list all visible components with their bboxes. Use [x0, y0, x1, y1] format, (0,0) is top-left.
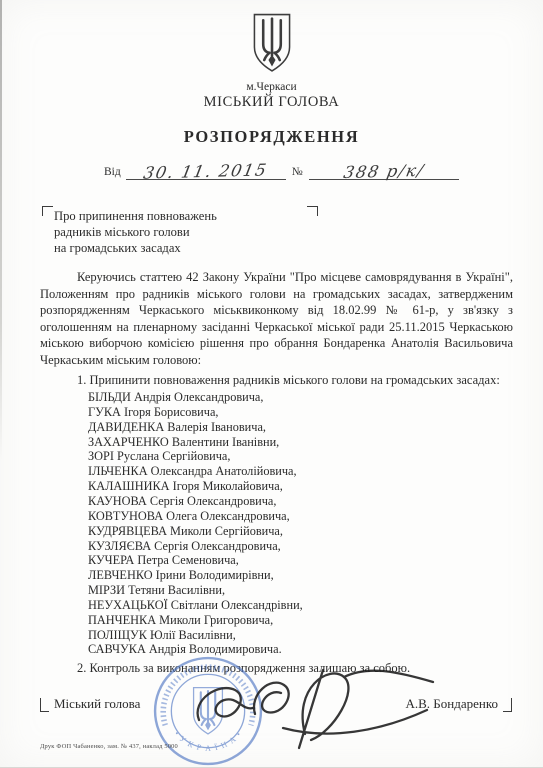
- subject-line: на громадських засадах: [54, 240, 318, 256]
- corner-mark-bottom-left: [40, 698, 49, 712]
- handwritten-number: 388 р/к/: [342, 161, 426, 182]
- list-item: ГУКА Ігоря Борисовича,: [88, 405, 513, 420]
- list-item: КАУНОВА Сергія Олександровича,: [88, 494, 513, 509]
- number-underline: 388 р/к/: [309, 160, 459, 180]
- list-item: ІЛЬЧЕНКА Олександра Анатолійовича,: [88, 464, 513, 479]
- authority-title: МІСЬКИЙ ГОЛОВА: [0, 94, 543, 111]
- date-underline: 30. 11. 2015: [126, 160, 286, 180]
- corner-mark-bottom-right: [503, 698, 512, 712]
- list-item: ЗОРІ Руслана Сергійовича,: [88, 449, 513, 464]
- handwritten-date: 30. 11. 2015: [142, 160, 269, 182]
- list-item: ДАВИДЕНКА Валерія Івановича,: [88, 420, 513, 435]
- subject-block: Про припинення повноважень радників місь…: [42, 208, 318, 257]
- subject-line: радників міського голови: [54, 224, 318, 240]
- list-item: БІЛЬДИ Андрія Олександровича,: [88, 390, 513, 405]
- signature-row: Міський голова А.В. Бондаренко: [40, 696, 512, 712]
- city-line: м.Черкаси: [0, 81, 543, 93]
- subject-line: Про припинення повноважень: [54, 208, 318, 224]
- corner-mark-top-right: [307, 206, 318, 216]
- list-item: КУЗЛЯЄВА Сергія Олександровича,: [88, 539, 513, 554]
- signer-position: Міський голова: [54, 696, 140, 712]
- list-item: КОВТУНОВА Олега Олександровича,: [88, 509, 513, 524]
- list-item: ПАНЧЕНКА Миколи Григоровича,: [88, 613, 513, 628]
- advisors-name-list: БІЛЬДИ Андрія Олександровича, ГУКА Ігоря…: [40, 390, 513, 657]
- decree-item-1: 1. Припинити повноваження радників міськ…: [40, 372, 513, 389]
- list-item: КУЧЕРА Петра Семеновича,: [88, 553, 513, 568]
- scanned-decree-page: м.Черкаси МІСЬКИЙ ГОЛОВА РОЗПОРЯДЖЕННЯ В…: [0, 0, 543, 768]
- list-item: КАЛАШНИКА Ігоря Миколайовича,: [88, 479, 513, 494]
- preamble-paragraph: Керуючись статтею 42 Закону України "Про…: [40, 269, 513, 369]
- list-item: НЕУХАЦЬКОЇ Світлани Олександрівни,: [88, 598, 513, 613]
- corner-mark-top-left: [42, 206, 53, 216]
- ukraine-trident-emblem-icon: [246, 12, 298, 74]
- signer-name: А.В. Бондаренко: [406, 696, 499, 712]
- date-label: Від: [104, 166, 121, 178]
- document-body: Керуючись статтею 42 Закону України "Про…: [40, 269, 513, 677]
- document-header: м.Черкаси МІСЬКИЙ ГОЛОВА РОЗПОРЯДЖЕННЯ: [0, 12, 543, 147]
- list-item: МІРЗИ Тетяни Василівни,: [88, 583, 513, 598]
- list-item: КУДРЯВЦЕВА Миколи Сергійовича,: [88, 524, 513, 539]
- document-type-title: РОЗПОРЯДЖЕННЯ: [0, 127, 543, 147]
- print-shop-note: Друк ФОП Чабаненко, зам. № 437, наклад 5…: [40, 743, 178, 750]
- list-item: ПОЛІЩУК Юлії Василівни,: [88, 628, 513, 643]
- list-item: ЗАХАРЧЕНКО Валентини Іванівни,: [88, 435, 513, 450]
- list-item: ЛЕВЧЕНКО Ірини Володимирівни,: [88, 568, 513, 583]
- number-label: №: [292, 166, 303, 178]
- requisites-row: Від30. 11. 2015№388 р/к/: [104, 160, 459, 180]
